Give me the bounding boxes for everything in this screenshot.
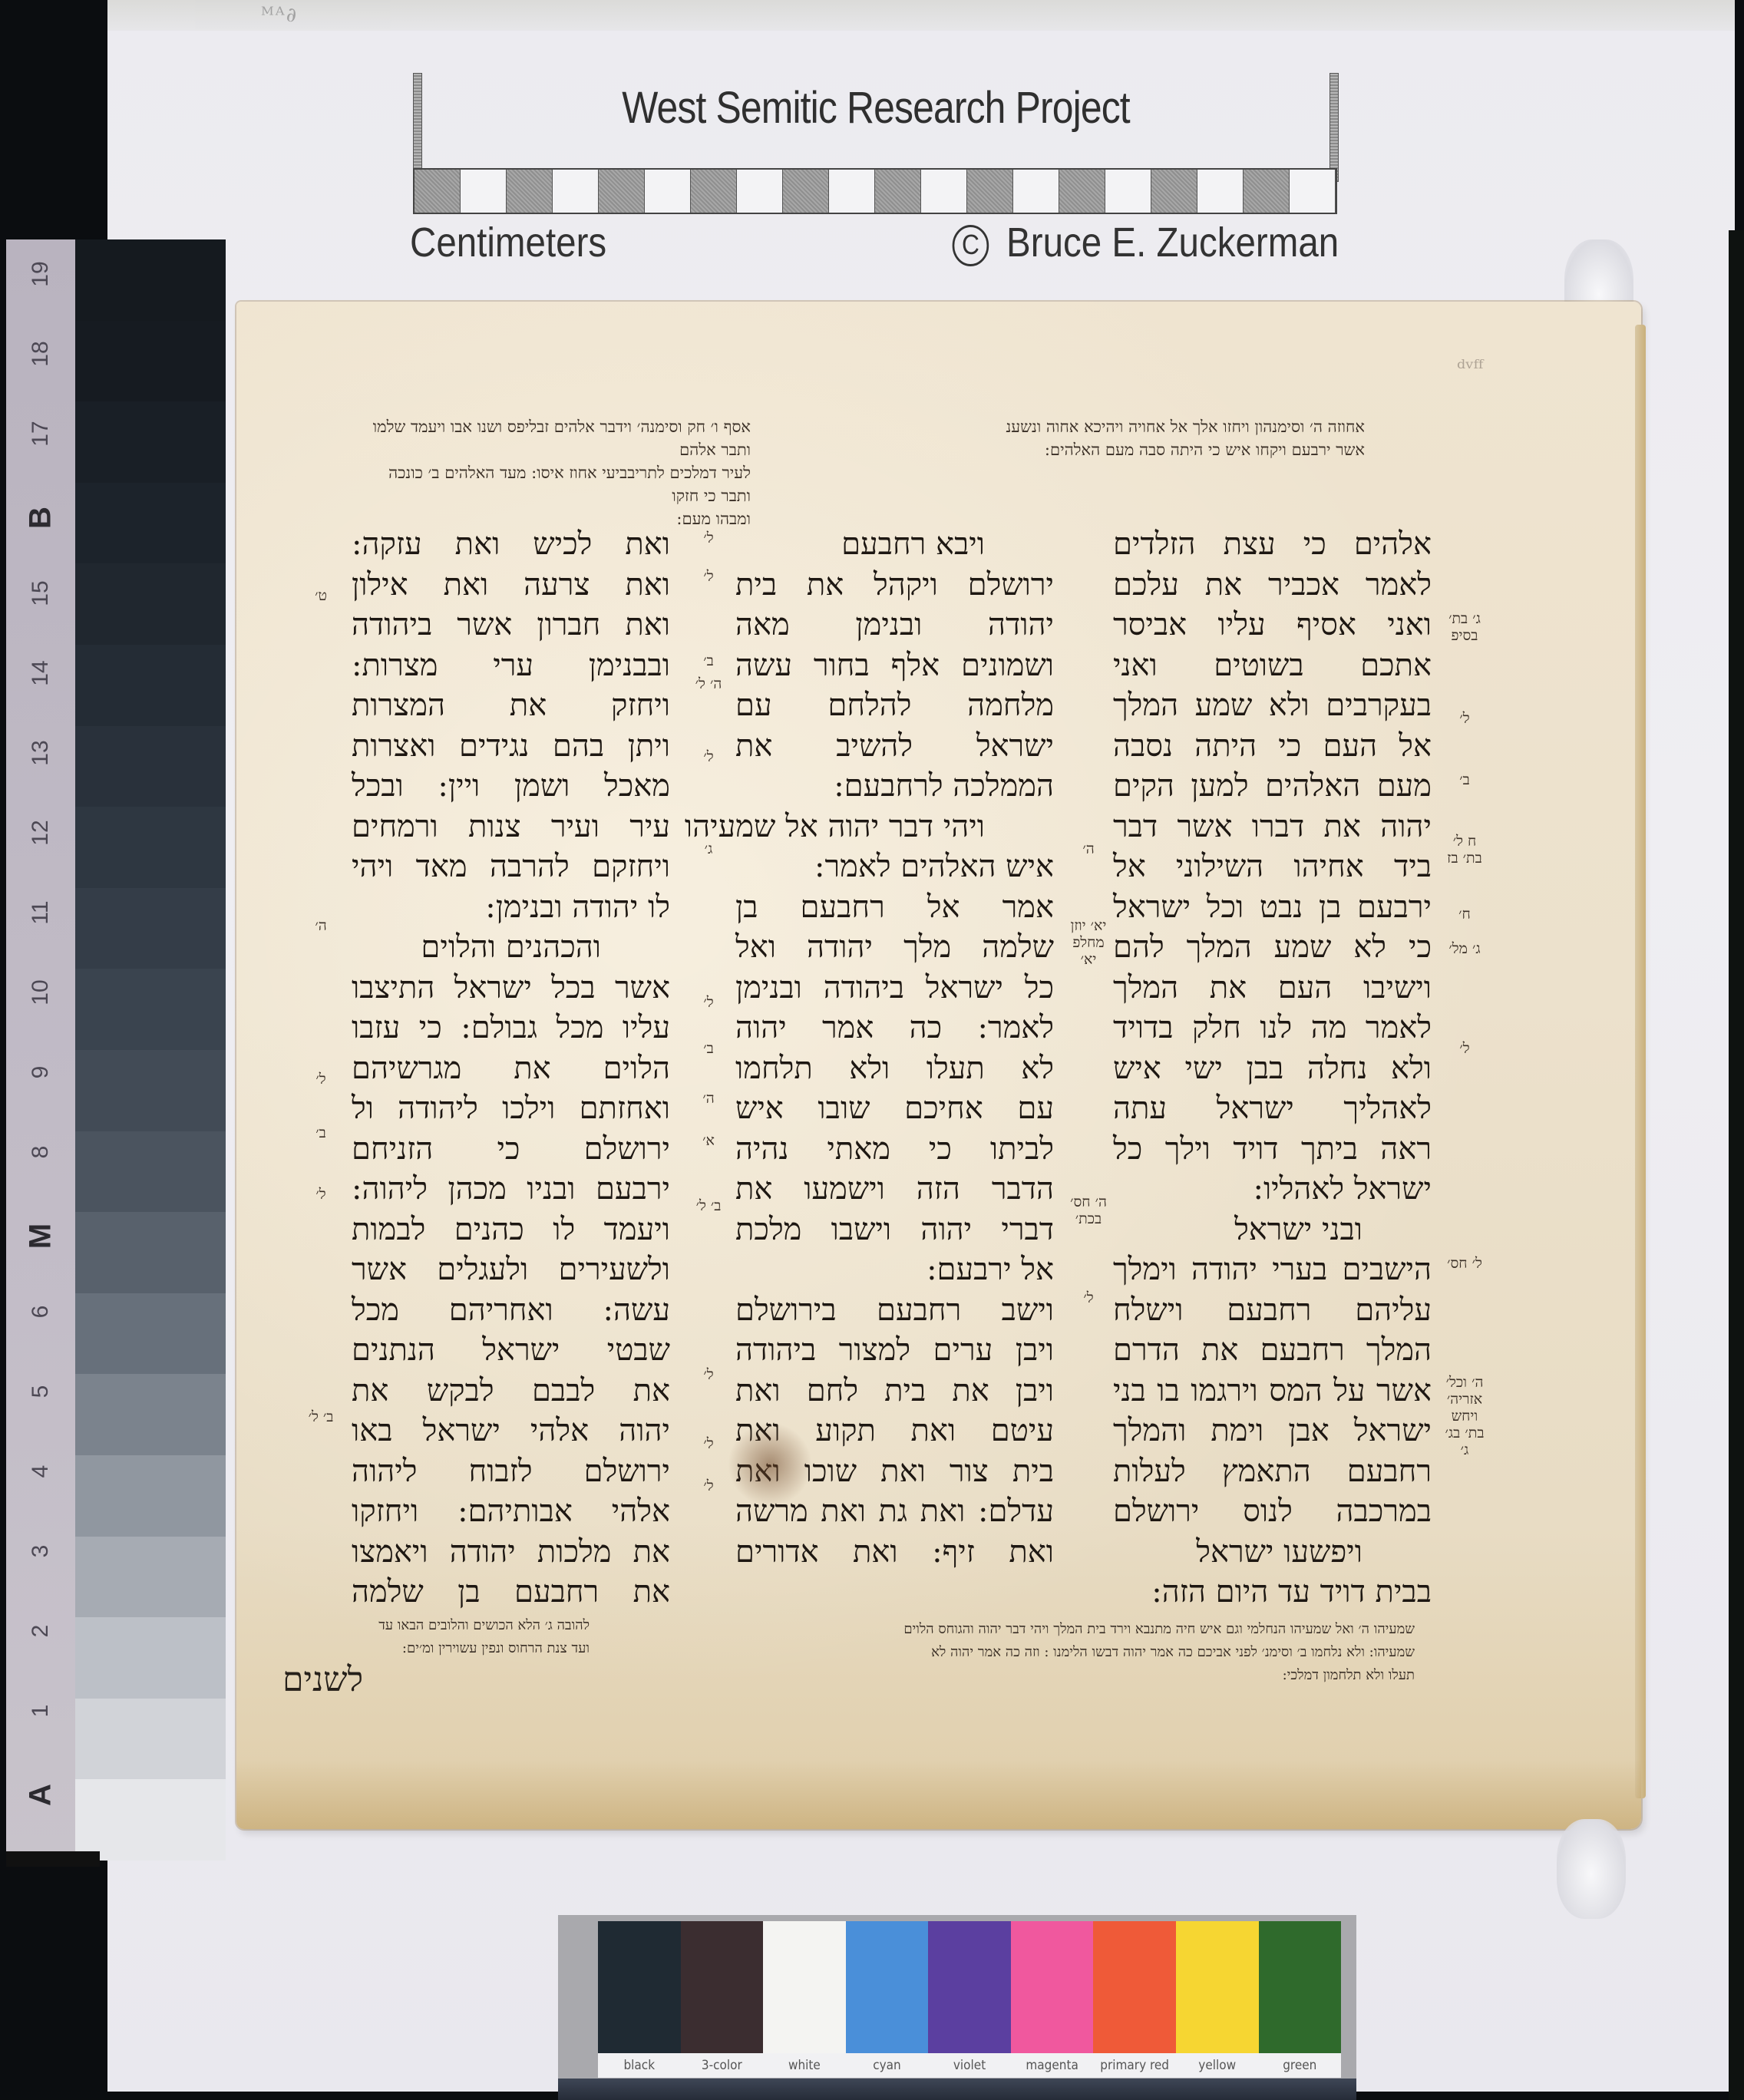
masora-parva-note: ג׳ בת׳ בסיפ <box>1442 610 1488 644</box>
text-line: ואת לכיש ואת עזקה: <box>352 524 670 565</box>
text-line: ויחזק את המצרות <box>352 685 670 726</box>
text-line: ישראל להשיב את <box>735 726 1054 767</box>
ruler-tick-label: 14 <box>28 639 54 708</box>
ink-stain <box>728 1422 812 1507</box>
text-line: ירושלם ויקהל את בית <box>735 565 1054 606</box>
scale-square <box>921 170 967 213</box>
masora-parva-note: ח׳ <box>1442 906 1488 923</box>
text-line: עשה: ואחריהם מכל <box>352 1290 670 1331</box>
color-swatch <box>846 1921 929 2055</box>
masora-parva-note: ל׳ <box>685 1366 732 1383</box>
ruler-tick-label: 18 <box>28 319 54 388</box>
color-swatch <box>1259 1921 1342 2055</box>
folio-mark: ᵈᵛᶠᶠ <box>1457 355 1483 381</box>
text-line: ויבא רחבעם <box>735 524 1054 565</box>
ruler-gray-step <box>75 1212 226 1293</box>
text-line: ישראל אבן וימת והמלך <box>1113 1411 1432 1451</box>
text-line: ויבן ערים למצור ביהודה <box>735 1330 1054 1371</box>
color-calibration-card: black3-colorwhitecyanvioletmagentaprimar… <box>558 1915 1356 2100</box>
ruler-gray-step <box>75 969 226 1050</box>
text-line: ובני ישראל <box>1113 1210 1432 1250</box>
ruler-gray-step <box>75 1699 226 1780</box>
color-card-base <box>558 2079 1356 2100</box>
text-line: עם אחיכם שובו איש <box>735 1088 1054 1129</box>
ruler-tick-label: M <box>24 1202 58 1271</box>
ruler-gray-step <box>75 1779 226 1861</box>
masora-line: אסף ו׳ חק וסימנה׳ וידבר אלהים זבליפס ושנ… <box>367 415 751 461</box>
masora-line: אשר ירבעם ויקחו איש כי היתה סבה מעם האלה… <box>946 438 1365 461</box>
ruler-tick-label: 11 <box>28 878 54 947</box>
text-line: שלמה מלך יהודה ואל <box>735 927 1054 968</box>
ruler-tick-label: 6 <box>28 1277 54 1346</box>
masora-line: להובה ג׳ הלא הכושים והלובים הבאו עד <box>344 1614 590 1637</box>
color-swatch-label: white <box>763 2053 846 2078</box>
ruler-gray-step <box>75 239 226 321</box>
masora-parva-note: ה׳ <box>298 917 344 934</box>
scale-square <box>783 170 829 213</box>
text-line: ראה ביתך דויד וילך כל <box>1113 1129 1432 1170</box>
color-swatch-labels: black3-colorwhitecyanvioletmagentaprimar… <box>598 2053 1341 2078</box>
text-line: ביד אחיהו השילוני אל <box>1113 847 1432 887</box>
scale-square <box>967 170 1013 213</box>
text-line: אמר אל רחבעם בן <box>735 887 1054 928</box>
ruler-gray-step <box>75 1617 226 1699</box>
text-line: וישיבו העם את המלך <box>1113 968 1432 1009</box>
ruler-tick-label: 9 <box>28 1038 54 1107</box>
text-line: לו יהודה ובנימן: <box>352 887 670 928</box>
text-line: לאהליך ישראל עתה <box>1113 1088 1432 1129</box>
scale-square <box>415 170 461 213</box>
text-line: לאמר אכביר את עלכם <box>1113 565 1432 606</box>
masora-parva-note: ה׳ <box>1065 840 1111 857</box>
masora-parva-note: ל׳ <box>685 530 732 546</box>
masora-magna-top-left: אסף ו׳ חק וסימנה׳ וידבר אלהים זבליפס ושנ… <box>367 415 751 530</box>
masora-parva-note: ל׳ <box>1065 1289 1111 1306</box>
scale-square <box>1105 170 1151 213</box>
ruler-gray-step <box>75 1293 226 1375</box>
text-line: המלך רחבעם את הדרם <box>1113 1330 1432 1371</box>
bottom-mounting-clip <box>1557 1819 1626 1919</box>
scale-square <box>829 170 875 213</box>
color-swatch <box>1176 1921 1259 2055</box>
color-swatch <box>1011 1921 1094 2055</box>
color-swatch <box>928 1921 1011 2055</box>
ruler-gray-step <box>75 401 226 483</box>
text-line: יהוה את דברו אשר דבר <box>1113 807 1432 847</box>
text-line: ואחזתם וילכו ליהודה ול <box>352 1088 670 1129</box>
ruler-gray-step <box>75 1455 226 1537</box>
masora-line: ועד צנת הרחוס ונפין עשוירין ומ׳ים: <box>344 1637 590 1660</box>
manuscript-leaf: ᵈᵛᶠᶠ אחוזה ה׳ וסימנהון ויחזו אלך אל אחוי… <box>236 302 1641 1829</box>
masora-line: אחוזה ה׳ וסימנהון ויחזו אלך אל אחויה ויה… <box>946 415 1365 438</box>
scale-square <box>1059 170 1105 213</box>
text-line: במרכבה לנוס ירושלם <box>1113 1491 1432 1532</box>
text-line: ויפשעו ישראל <box>1113 1532 1432 1573</box>
text-line: לאמר: כה אמר יהוה <box>735 1008 1054 1048</box>
text-line: מלחמה להלחם עם <box>735 685 1054 726</box>
scale-square <box>1290 170 1336 213</box>
credit-name: Bruce E. Zuckerman <box>1006 220 1339 266</box>
ruler-gray-step <box>75 483 226 564</box>
masora-parva-note: ל׳ <box>685 1435 732 1452</box>
scale-square <box>1244 170 1290 213</box>
scale-bar: West Semitic Research Project Centimeter… <box>413 73 1339 274</box>
color-swatch-label: 3-color <box>681 2053 764 2078</box>
text-column-middle: ויבא רחבעםירושלם ויקהל את ביתיהודה ובנימ… <box>735 524 1054 1572</box>
text-line: עיר ועיר צנות ורמחים <box>352 807 670 847</box>
text-line: ויחזקם להרבה מאד ויהי <box>352 847 670 887</box>
color-swatch-label: cyan <box>846 2053 929 2078</box>
ruler-gray-step <box>75 321 226 402</box>
masora-parva-note: ה׳ <box>685 1090 732 1107</box>
text-line: אלהי אבותיהם: ויחזקו <box>352 1491 670 1532</box>
scale-bar-squares <box>413 168 1337 214</box>
text-line: ירבעם ובניו מכהן ליהוה: <box>352 1169 670 1210</box>
masora-parva-note: ב׳ <box>298 1124 344 1141</box>
scale-square <box>875 170 921 213</box>
text-line: והכהנים והלוים <box>352 927 670 968</box>
text-line: דברי יהוה וישבו מלכת <box>735 1210 1054 1250</box>
ruler-tick-label: 13 <box>28 718 54 787</box>
text-line: עליו מכל גבולם: כי עזבו <box>352 1008 670 1048</box>
text-line: ישראל לאהליו: <box>1113 1169 1432 1210</box>
ruler-gray-step <box>75 888 226 969</box>
text-line: ויעמד לו כהנים לבמות <box>352 1210 670 1250</box>
ruler-gray-steps <box>75 239 226 1861</box>
scale-bar-title: West Semitic Research Project <box>477 82 1273 134</box>
masora-parva-note: יא׳ יוזן מחלפ יא׳ <box>1065 917 1111 968</box>
masora-parva-note: ב׳ <box>685 1040 732 1057</box>
text-line: הלוים את מגרשיהם <box>352 1048 670 1089</box>
masora-parva-note: ג׳ מל׳ <box>1442 940 1488 957</box>
text-line: ולא נחלה בבן ישי איש <box>1113 1048 1432 1089</box>
masora-parva-note: ב׳ <box>1442 771 1488 788</box>
text-line: ואת צרעה ואת אילון <box>352 565 670 606</box>
scale-square <box>1197 170 1244 213</box>
text-line: איש האלהים לאמר: <box>735 847 1054 887</box>
masora-parva-note: ל׳ <box>298 1071 344 1088</box>
masora-parva-note: ל׳ <box>685 568 732 585</box>
masora-line: לעיר דמלכים לתריבביעי אחוז איסו: מעד האל… <box>367 461 751 507</box>
masora-parva-note: ל׳ <box>685 748 732 765</box>
text-line: אל ירבעם: <box>735 1250 1054 1290</box>
masora-line: שמעיהו ה׳ ואל שמעיהו הנחלמי וגם איש חיה … <box>739 1618 1415 1641</box>
right-frame-edge <box>1729 230 1744 2100</box>
text-line: אלהים כי עצת הזלדים <box>1113 524 1432 565</box>
text-line: כל ישראל ביהודה ובנימן <box>735 968 1054 1009</box>
ruler-tick-label: 19 <box>28 239 54 309</box>
ruler-gray-step <box>75 563 226 645</box>
masora-parva-note: ל׳ חס׳ <box>1442 1255 1488 1272</box>
text-line: אתכם בשוטים ואני <box>1113 646 1432 686</box>
color-swatch-label: magenta <box>1011 2053 1094 2078</box>
text-line: כי לא שמע המלך להם <box>1113 927 1432 968</box>
text-line: ושמונים אלף בחור עשה <box>735 646 1054 686</box>
color-swatch-label: primary red <box>1093 2053 1176 2078</box>
masora-parva-note: ל׳ <box>1442 1040 1488 1057</box>
masora-parva-note: ט׳ <box>298 587 344 604</box>
ruler-gray-step <box>75 1374 226 1455</box>
masora-parva-note: ב׳ ל׳ <box>298 1408 344 1425</box>
ruler-tick-label: A <box>24 1761 58 1830</box>
text-line: יהוה אלהי ישראל באו <box>352 1411 670 1451</box>
ruler-tick-label: 17 <box>28 399 54 468</box>
masora-magna-top-right: אחוזה ה׳ וסימנהון ויחזו אלך אל אחויה ויה… <box>946 415 1365 461</box>
top-edge-strip: ᴹᴬ∂ <box>107 0 1735 31</box>
scale-square <box>737 170 783 213</box>
text-line: הממלכה לרחבעם: <box>735 766 1054 807</box>
color-swatch <box>763 1921 846 2055</box>
scale-square <box>599 170 645 213</box>
ruler-gray-step <box>75 645 226 726</box>
scale-square <box>645 170 691 213</box>
ruler-number-strip: 191817B15141312111098M654321A <box>6 239 75 1861</box>
masora-parva-note: ה׳ חס׳ בכת׳ <box>1065 1194 1111 1227</box>
text-line: שבטי ישראל הנתנים <box>352 1330 670 1371</box>
masora-parva-note: ל׳ <box>685 994 732 1011</box>
ruler-gray-step <box>75 1131 226 1213</box>
text-line: ואני אסיף עליו אביסר <box>1113 605 1432 646</box>
text-line: ואת חברון אשר ביהודה <box>352 605 670 646</box>
color-swatches <box>598 1921 1341 2055</box>
text-column-left: ואת לכיש ואת עזקה:ואת צרעה ואת אילוןואת … <box>352 524 670 1613</box>
scale-square <box>1151 170 1197 213</box>
masora-magna-bottom-right: שמעיהו ה׳ ואל שמעיהו הנחלמי וגם איש חיה … <box>739 1618 1415 1687</box>
ruler-tick-label: 8 <box>28 1118 54 1187</box>
masora-line: תעלו ולא תלחמון דמלכי: <box>739 1664 1415 1687</box>
masora-parva-note: ל׳ <box>298 1186 344 1203</box>
masora-parva-note: ב׳ <box>685 652 732 669</box>
masora-parva-note: ל׳ <box>685 1478 732 1494</box>
text-line: עליהם רחבעם וישלח <box>1113 1290 1432 1331</box>
ruler-tick-label: 1 <box>28 1676 54 1745</box>
text-line: הדבר הזה וישמעו את <box>735 1169 1054 1210</box>
text-line: בבית דויד עד היום הזה: <box>1113 1572 1432 1613</box>
text-line: מעם האלהים למען הקים <box>1113 766 1432 807</box>
text-line: ירושלם כי הזניחם <box>352 1129 670 1170</box>
ruler-tick-label: 12 <box>28 798 54 867</box>
text-line: אל העם כי היתה נסבה <box>1113 726 1432 767</box>
color-swatch-label: black <box>598 2053 681 2078</box>
ruler-gray-step <box>75 807 226 888</box>
ruler-gray-step <box>75 726 226 807</box>
text-line: ובבנימן ערי מצרות: <box>352 646 670 686</box>
text-column-right: אלהים כי עצת הזלדיםלאמר אכביר את עלכםואנ… <box>1113 524 1432 1613</box>
ruler-gray-step <box>75 1050 226 1131</box>
text-line: את מלכות יהודה ויאמצו <box>352 1532 670 1573</box>
text-line: ואת זיף: ואת אדורים <box>735 1532 1054 1573</box>
color-swatch <box>1093 1921 1176 2055</box>
text-line: לאמר מה לנו חלק בדויד <box>1113 1008 1432 1048</box>
scale-square <box>1013 170 1059 213</box>
masora-parva-note: ב׳ ל׳ <box>685 1197 732 1214</box>
masora-parva-note: ג׳ <box>685 840 732 857</box>
text-line: ירבעם בן נבט וכל ישראל <box>1113 887 1432 928</box>
color-swatch-label: green <box>1259 2053 1342 2078</box>
ruler-tick-label: 15 <box>28 559 54 628</box>
masora-parva-note: ח ל׳ בת׳ בז <box>1442 833 1488 867</box>
text-line: ויתן בהם נגידים ואצרות <box>352 726 670 767</box>
masora-line: שמעיהו: ולא נלחמו ב׳ וסימנ׳ לפני אביכם כ… <box>739 1641 1415 1664</box>
text-line: ויבן את בית לחם ואת <box>735 1371 1054 1412</box>
text-line: הישבים בערי יהודה וימלך <box>1113 1250 1432 1290</box>
ruler-tick-label: B <box>24 484 58 553</box>
ruler-tick-label: 2 <box>28 1596 54 1666</box>
ruler-tick-label: 5 <box>28 1357 54 1426</box>
masora-parva-note: ל׳ <box>1442 710 1488 727</box>
scale-square <box>461 170 507 213</box>
ruler-tick-label: 10 <box>28 958 54 1027</box>
scale-bar-left-post <box>413 73 422 182</box>
color-swatch-label: violet <box>928 2053 1011 2078</box>
text-line: את לבבם לבקש את <box>352 1371 670 1412</box>
text-line: אשר על המס וירגמו בו בני <box>1113 1371 1432 1412</box>
text-line: יהודה ובנימן מאה <box>735 605 1054 646</box>
scale-square <box>691 170 737 213</box>
masora-magna-bottom-left: להובה ג׳ הלא הכושים והלובים הבאו עדועד צ… <box>344 1614 590 1660</box>
color-swatch-label: yellow <box>1176 2053 1259 2078</box>
text-line: ירושלם לזבוח ליהוה <box>352 1451 670 1492</box>
catchword: לשנים <box>282 1660 363 1699</box>
masora-parva-note: ה׳ ל׳ <box>685 675 732 692</box>
top-scrawl: ᴹᴬ∂ <box>261 4 298 27</box>
masora-parva-note: ה׳ וכל׳ אזריה׳ ויחש בת׳ בג׳ ג׳ <box>1442 1374 1488 1458</box>
text-line: רחבעם התאמץ לעלות <box>1113 1451 1432 1492</box>
scale-credit: CBruce E. Zuckerman <box>952 219 1339 266</box>
masora-parva-note: א׳ <box>685 1132 732 1149</box>
scale-square <box>507 170 553 213</box>
color-swatch <box>681 1921 764 2055</box>
text-line: לא תעלו ולא תלחמו <box>735 1048 1054 1089</box>
leaf-right-edge <box>1635 325 1646 1798</box>
scale-square <box>553 170 599 213</box>
text-line: לביתו כי מאתי נהיה <box>735 1129 1054 1170</box>
grayscale-ruler: 191817B15141312111098M654321A <box>6 239 224 1861</box>
ruler-tick-label: 3 <box>28 1517 54 1586</box>
scale-bar-right-post <box>1329 73 1339 182</box>
text-line: ויהי דבר יהוה אל שמעיהו <box>735 807 1054 847</box>
text-line: את רחבעם בן שלמה <box>352 1572 670 1613</box>
text-line: בעקרבים ולא שמע המלך <box>1113 685 1432 726</box>
ruler-gray-step <box>75 1537 226 1618</box>
text-line: וישב רחבעם בירושלם <box>735 1290 1054 1331</box>
text-line: אשר בכל ישראל התיצבו <box>352 968 670 1009</box>
text-line: מאכל ושמן ויין: ובכל <box>352 766 670 807</box>
color-swatch <box>598 1921 681 2055</box>
ruler-foot <box>6 1851 100 1867</box>
copyright-icon: C <box>952 225 989 266</box>
text-line: ולשעירים ולעגלים אשר <box>352 1250 670 1290</box>
ruler-tick-label: 4 <box>28 1437 54 1506</box>
scale-unit-label: Centimeters <box>410 219 606 266</box>
